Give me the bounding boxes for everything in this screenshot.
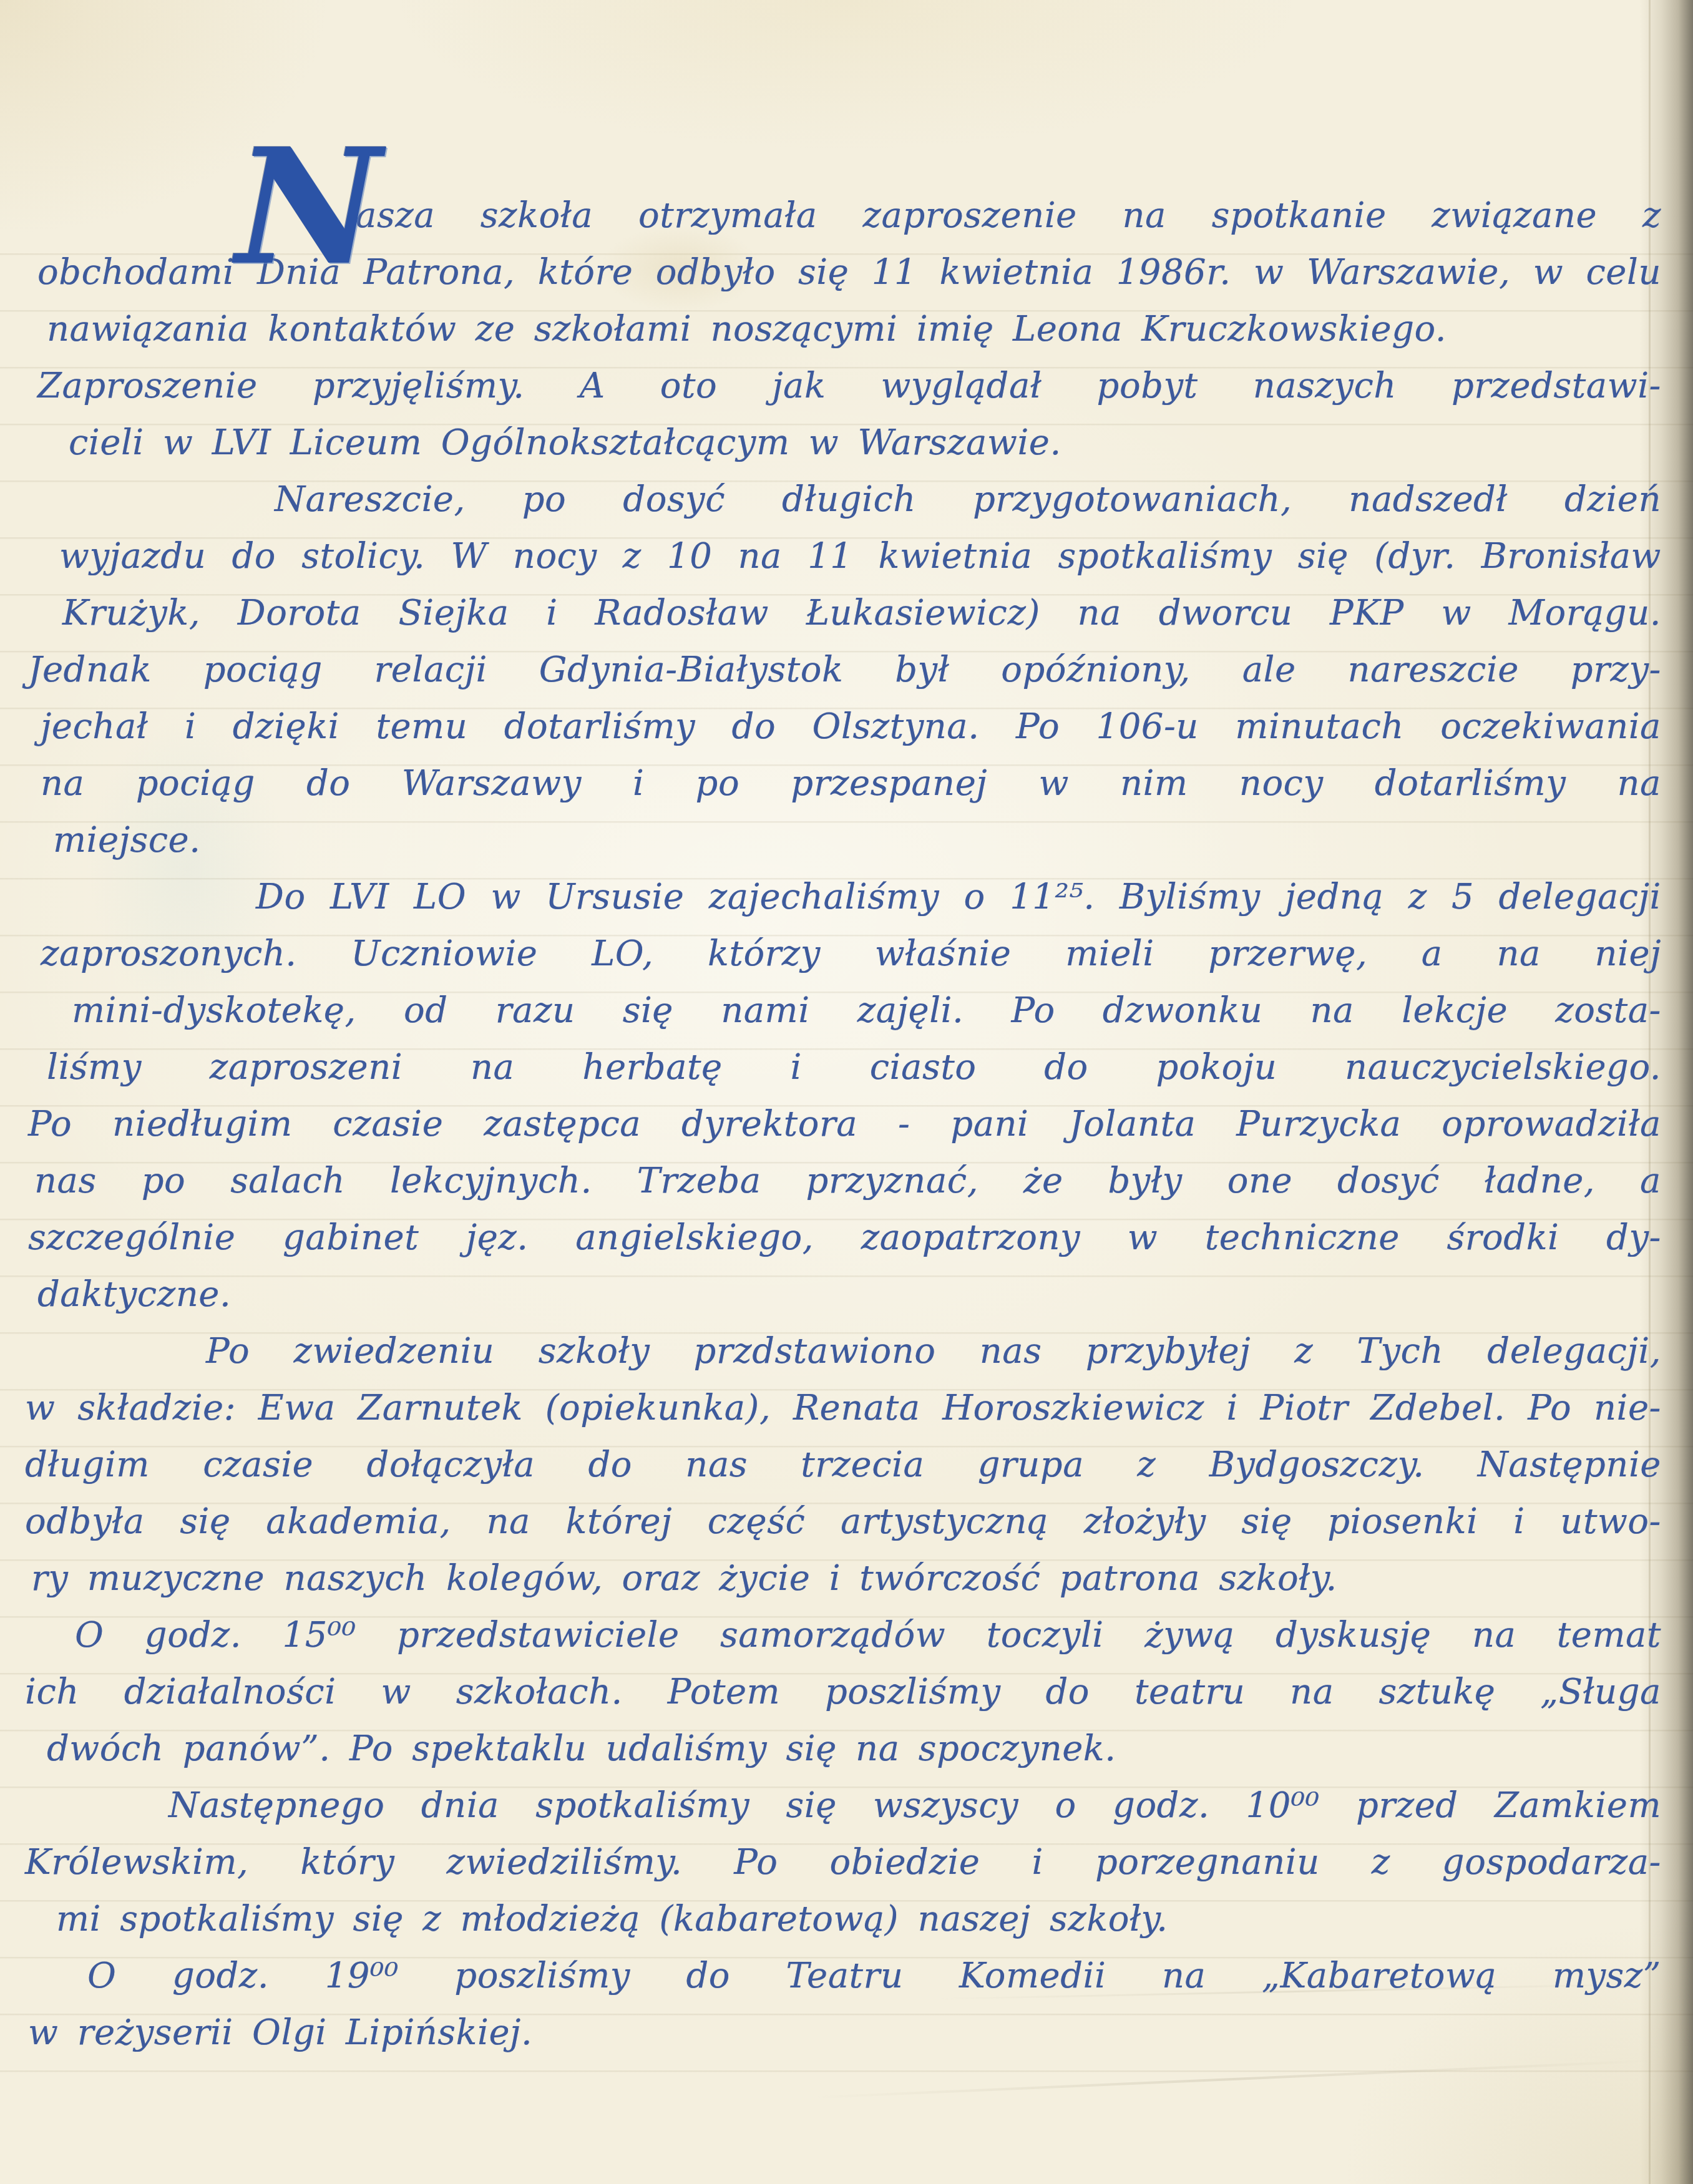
text-line-25: ry muzyczne naszych kolegów, oraz życie … — [25, 1550, 1661, 1607]
text-line-26: O godz. 15⁰⁰ przedstawiciele samorządów … — [25, 1607, 1661, 1664]
text-line-27: ich działalności w szkołach. Potem poszl… — [25, 1664, 1661, 1720]
text-line-17: Po niedługim czasie zastępca dyrektora -… — [25, 1096, 1661, 1153]
text-line-8: Krużyk, Dorota Siejka i Radosław Łukasie… — [25, 585, 1661, 641]
text-line-3: nawiązania kontaktów ze szkołami noszący… — [25, 301, 1661, 358]
text-line-21: Po zwiedzeniu szkoły przdstawiono nas pr… — [25, 1323, 1661, 1380]
text-line-6: Nareszcie, po dosyć długich przygotowani… — [25, 471, 1661, 528]
text-line-30: Królewskim, który zwiedziliśmy. Po obied… — [25, 1834, 1661, 1891]
text-line-20: daktyczne. — [25, 1266, 1661, 1323]
chronicle-page: N asza szkoła otrzymała zaproszenie na s… — [0, 0, 1693, 2184]
text-line-16: liśmy zaproszeni na herbatę i ciasto do … — [25, 1039, 1661, 1096]
text-line-7: wyjazdu do stolicy. W nocy z 10 na 11 kw… — [25, 528, 1661, 585]
text-line-12: miejsce. — [25, 812, 1661, 869]
text-line-15: mini-dyskotekę, od razu się nami zajęli.… — [25, 982, 1661, 1039]
manuscript-text: asza szkoła otrzymała zaproszenie na spo… — [25, 187, 1661, 2061]
text-line-11: na pociąg do Warszawy i po przespanej w … — [25, 755, 1661, 812]
text-line-33: w reżyserii Olgi Lipińskiej. — [25, 2004, 1661, 2061]
text-line-13: Do LVI LO w Ursusie zajechaliśmy o 11²⁵.… — [25, 869, 1661, 925]
text-line-5: cieli w LVI Liceum Ogólnokształcącym w W… — [25, 414, 1661, 471]
text-line-24: odbyła się akademia, na której część art… — [25, 1493, 1661, 1550]
drop-cap-initial: N — [236, 128, 381, 287]
text-line-28: dwóch panów”. Po spektaklu udaliśmy się … — [25, 1720, 1661, 1777]
text-line-9: Jednak pociąg relacji Gdynia-Białystok b… — [25, 641, 1661, 698]
text-line-4: Zaproszenie przyjęliśmy. A oto jak wyglą… — [25, 358, 1661, 414]
text-line-18: nas po salach lekcyjnych. Trzeba przyzna… — [25, 1153, 1661, 1209]
text-line-14: zaproszonych. Uczniowie LO, którzy właśn… — [25, 925, 1661, 982]
text-line-19: szczególnie gabinet jęz. angielskiego, z… — [25, 1209, 1661, 1266]
text-line-31: mi spotkaliśmy się z młodzieżą (kabareto… — [25, 1891, 1661, 1948]
text-line-10: jechał i dzięki temu dotarliśmy do Olszt… — [25, 698, 1661, 755]
text-line-29: Następnego dnia spotkaliśmy się wszyscy … — [25, 1777, 1661, 1834]
paper-crease — [812, 2060, 1654, 2099]
text-line-23: długim czasie dołączyła do nas trzecia g… — [25, 1436, 1661, 1493]
text-line-22: w składzie: Ewa Zarnutek (opiekunka), Re… — [25, 1380, 1661, 1436]
text-line-32: O godz. 19⁰⁰ poszliśmy do Teatru Komedii… — [25, 1948, 1661, 2004]
